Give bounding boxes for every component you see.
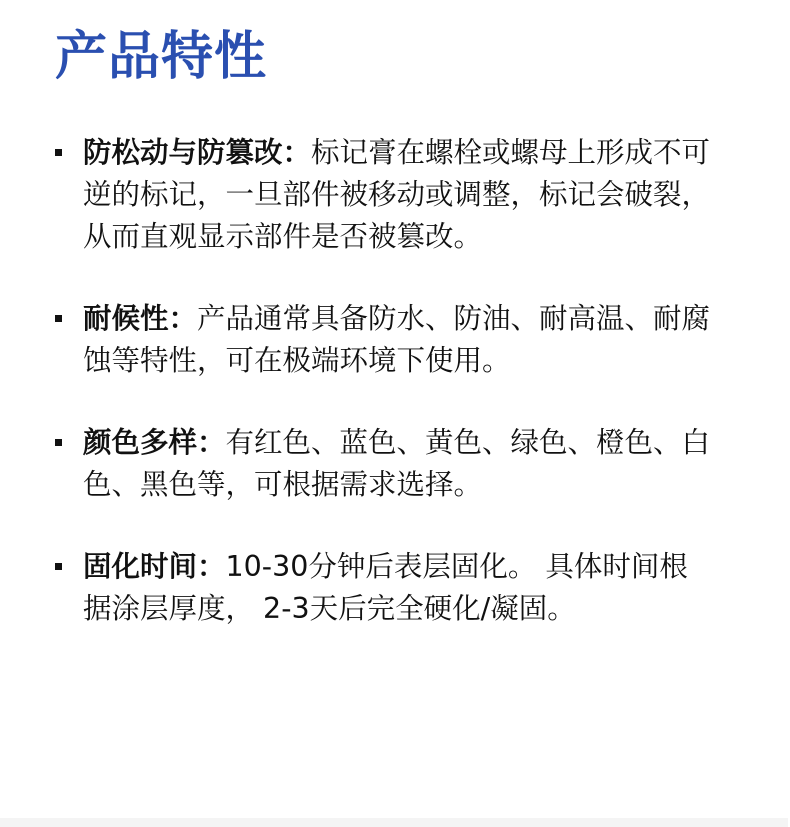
feature-item-weather-resistance: 耐候性：产品通常具备防水、防油、耐高温、耐腐蚀等特性，可在极端环境下使用。 xyxy=(0,298,713,382)
feature-name: 耐候性： xyxy=(83,302,197,335)
feature-name: 颜色多样： xyxy=(83,426,226,459)
square-bullet-icon xyxy=(55,149,62,156)
square-bullet-icon xyxy=(55,315,62,322)
page: 产品特性 防松动与防篡改：标记膏在螺栓或螺母上形成不可逆的标记，一旦部件被移动或… xyxy=(0,0,790,818)
feature-name: 防松动与防篡改： xyxy=(83,136,311,169)
feature-name: 固化时间： xyxy=(83,550,226,583)
feature-item-colors: 颜色多样：有红色、蓝色、黄色、绿色、橙色、白色、黑色等，可根据需求选择。 xyxy=(0,422,713,506)
feature-item-curing-time: 固化时间：10-30分钟后表层固化。 具体时间根据涂层厚度， 2-3天后完全硬化… xyxy=(0,546,713,630)
footer-divider xyxy=(0,818,788,827)
square-bullet-icon xyxy=(55,563,62,570)
square-bullet-icon xyxy=(55,439,62,446)
feature-item-tamper-proof: 防松动与防篡改：标记膏在螺栓或螺母上形成不可逆的标记，一旦部件被移动或调整，标记… xyxy=(0,132,713,258)
page-title: 产品特性 xyxy=(55,26,267,88)
feature-list: 防松动与防篡改：标记膏在螺栓或螺母上形成不可逆的标记，一旦部件被移动或调整，标记… xyxy=(0,132,790,670)
